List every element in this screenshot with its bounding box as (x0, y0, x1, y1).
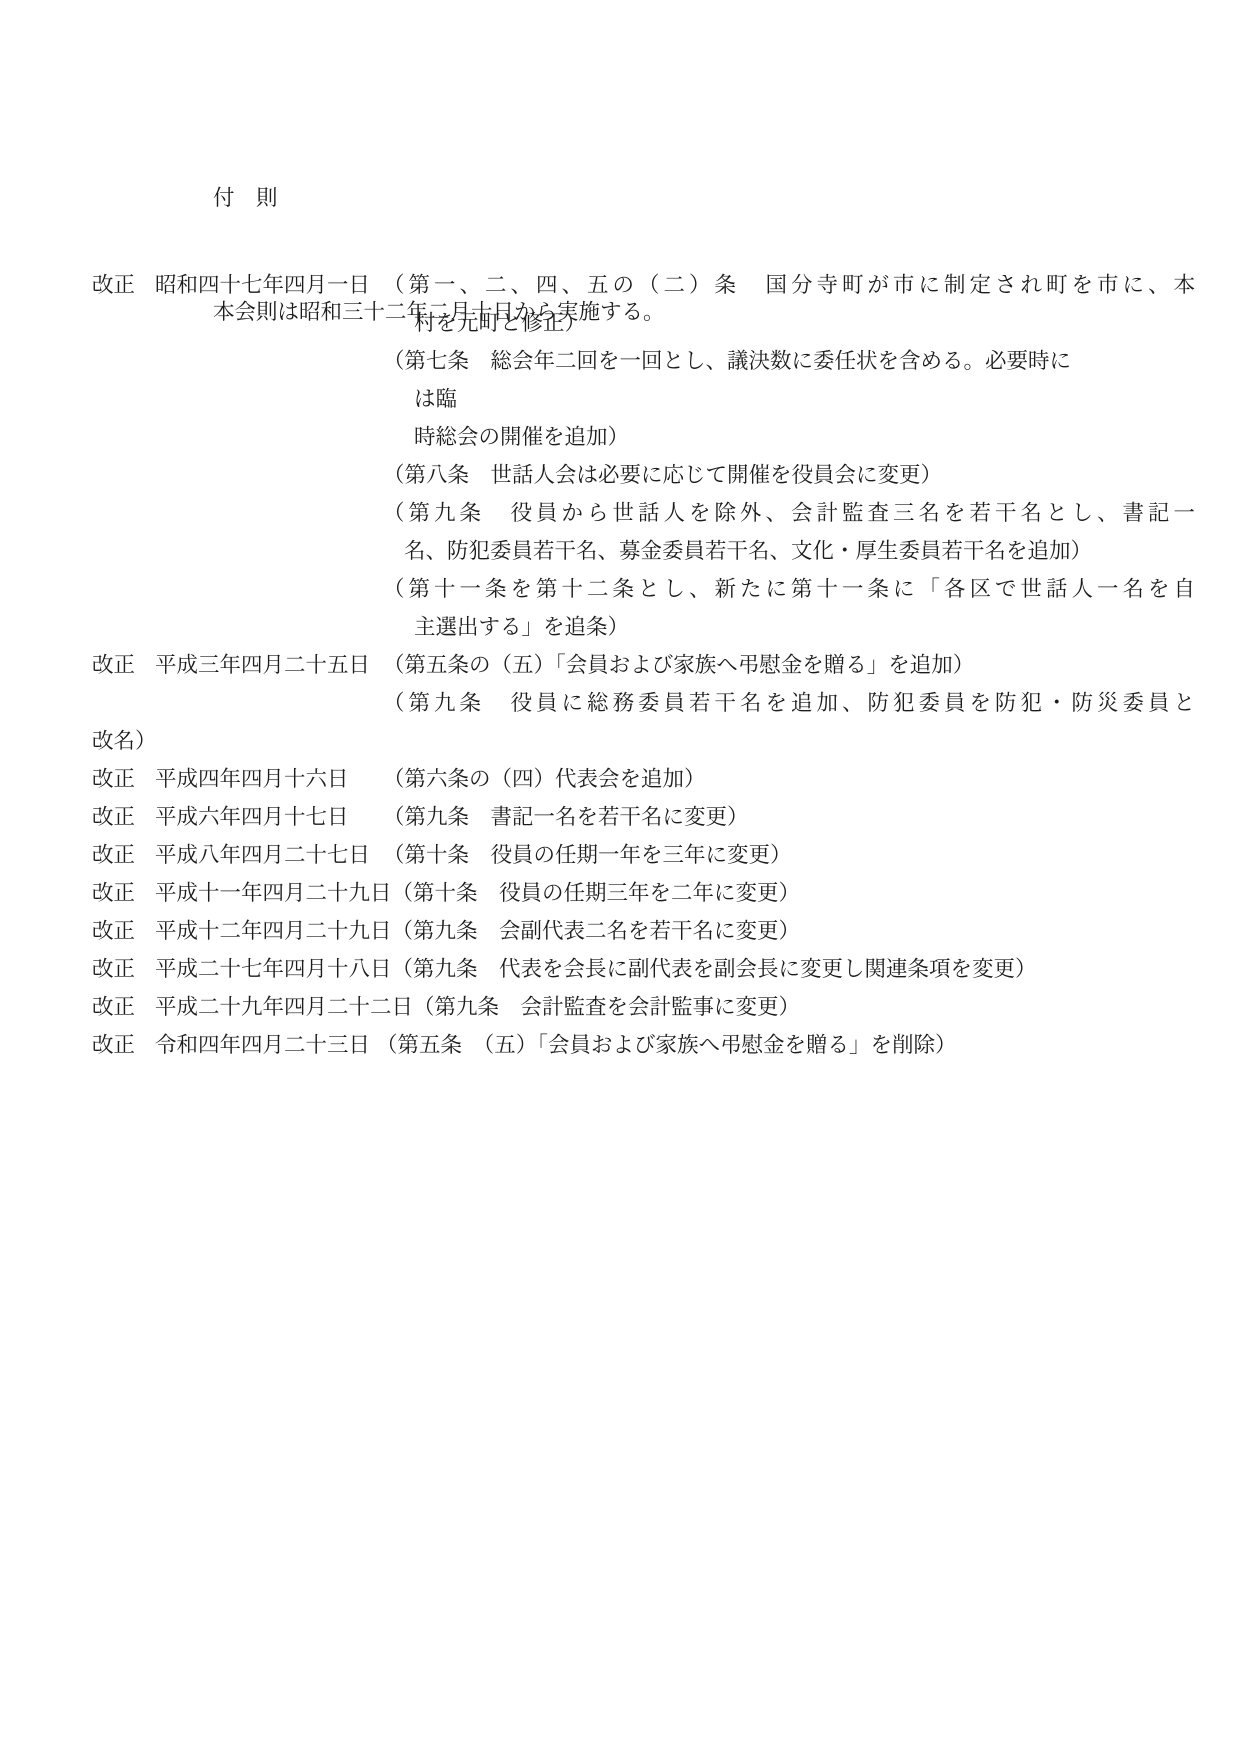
amendment-text: （第九条 役員に総務委員若干名を追加、防犯委員を防犯・防災委員と (383, 684, 1195, 722)
amendment-date: 平成六年四月十七日 (155, 798, 383, 836)
amendment-history-list: 改正 昭和四十七年四月一日 （第一、二、四、五の（二）条 国分寺町が市に制定され… (0, 266, 1240, 1064)
amendment-date: 平成十一年四月二十九日 (155, 874, 392, 912)
amendment-text: （第十一条を第十二条とし、新たに第十一条に「各区で世話人一名を自 (383, 570, 1195, 608)
amendment-label: 改正 (92, 874, 155, 912)
document-page: 付 則 本会則は昭和三十二年二月十日から実施する。 改正 昭和四十七年四月一日 … (0, 0, 1240, 1755)
amendment-text: 改名） (92, 722, 157, 760)
amendment-text: （第十条 役員の任期一年を三年に変更） (383, 836, 792, 874)
amendment-entry: 改正 平成十一年四月二十九日 （第十条 役員の任期三年を二年に変更） (0, 874, 1240, 912)
amendment-continuation: 改名） (0, 722, 1240, 760)
amendment-label: 改正 (92, 836, 155, 874)
amendment-entry: 改正 平成八年四月二十七日 （第十条 役員の任期一年を三年に変更） (0, 836, 1240, 874)
heading-text: 付 則 (213, 179, 278, 217)
amendment-entry: 改正 平成六年四月十七日 （第九条 書記一名を若干名に変更） (0, 798, 1240, 836)
amendment-label: 改正 (92, 760, 155, 798)
amendment-continuation: 時総会の開催を追加） (0, 418, 1240, 456)
amendment-text: （第九条 代表を会長に副代表を副会長に変更し関連条項を変更） (392, 950, 1037, 988)
amendment-text: （第九条 役員から世話人を除外、会計監査三名を若干名とし、書記一 (383, 494, 1195, 532)
amendment-entry: 改正 平成三年四月二十五日 （第五条の（五）「会員および家族へ弔慰金を贈る」を追… (0, 646, 1240, 684)
amendment-label: 改正 (92, 646, 155, 684)
amendment-entry: 改正 平成十二年四月二十九日 （第九条 会副代表二名を若干名に変更） (0, 912, 1240, 950)
amendment-continuation: （第十一条を第十二条とし、新たに第十一条に「各区で世話人一名を自 (0, 570, 1240, 608)
amendment-continuation: は臨 (0, 380, 1240, 418)
amendment-date: 令和四年四月二十三日 (155, 1026, 376, 1064)
amendment-label: 改正 (92, 266, 155, 304)
amendment-text: （第十条 役員の任期三年を二年に変更） (392, 874, 801, 912)
amendment-entry: 改正 平成四年四月十六日 （第六条の（四）代表会を追加） (0, 760, 1240, 798)
amendment-text: （第五条 （五）「会員および家族へ弔慰金を贈る」を削除） (376, 1026, 957, 1064)
amendment-date: 平成八年四月二十七日 (155, 836, 383, 874)
amendment-date: 平成四年四月十六日 (155, 760, 383, 798)
amendment-label: 改正 (92, 912, 155, 950)
amendment-entry: 改正 平成二十九年四月二十二日 （第九条 会計監査を会計監事に変更） (0, 988, 1240, 1026)
amendment-continuation: 名、防犯委員若干名、募金委員若干名、文化・厚生委員若干名を追加） (0, 532, 1240, 570)
amendment-continuation: （第九条 役員に総務委員若干名を追加、防犯委員を防犯・防災委員と (0, 684, 1240, 722)
amendment-text: （第五条の（五）「会員および家族へ弔慰金を贈る」を追加） (383, 646, 974, 684)
amendment-text: （第九条 会計監査を会計監事に変更） (413, 988, 800, 1026)
amendment-date: 平成二十七年四月十八日 (155, 950, 392, 988)
amendment-continuation: （第九条 役員から世話人を除外、会計監査三名を若干名とし、書記一 (0, 494, 1240, 532)
amendment-text: （第九条 会副代表二名を若干名に変更） (392, 912, 801, 950)
amendment-text: （第八条 世話人会は必要に応じて開催を役員会に変更） (383, 456, 942, 494)
amendment-label: 改正 (92, 798, 155, 836)
amendment-continuation: （第七条 総会年二回を一回とし、議決数に委任状を含める。必要時に (0, 342, 1240, 380)
amendment-text: 時総会の開催を追加） (414, 418, 629, 456)
amendment-date: 昭和四十七年四月一日 (155, 266, 383, 304)
amendment-date: 平成十二年四月二十九日 (155, 912, 392, 950)
amendment-text: 村を元町と修正） (414, 304, 586, 342)
amendment-continuation: 主選出する」を追条） (0, 608, 1240, 646)
supplementary-provisions-heading: 付 則 (213, 179, 665, 217)
amendment-text: （第一、二、四、五の（二）条 国分寺町が市に制定され町を市に、本 (383, 266, 1195, 304)
amendment-text: （第六条の（四）代表会を追加） (383, 760, 706, 798)
amendment-entry: 改正 令和四年四月二十三日 （第五条 （五）「会員および家族へ弔慰金を贈る」を削… (0, 1026, 1240, 1064)
amendment-text: （第七条 総会年二回を一回とし、議決数に委任状を含める。必要時に (383, 342, 1071, 380)
amendment-text: 名、防犯委員若干名、募金委員若干名、文化・厚生委員若干名を追加） (404, 532, 1092, 570)
amendment-date: 平成三年四月二十五日 (155, 646, 383, 684)
amendment-date: 平成二十九年四月二十二日 (155, 988, 413, 1026)
amendment-text: は臨 (414, 380, 457, 418)
amendment-label: 改正 (92, 1026, 155, 1064)
amendment-entry: 改正 昭和四十七年四月一日 （第一、二、四、五の（二）条 国分寺町が市に制定され… (0, 266, 1240, 304)
amendment-label: 改正 (92, 988, 155, 1026)
amendment-text: （第九条 書記一名を若干名に変更） (383, 798, 749, 836)
amendment-continuation: 村を元町と修正） (0, 304, 1240, 342)
amendment-text: 主選出する」を追条） (414, 608, 629, 646)
amendment-label: 改正 (92, 950, 155, 988)
amendment-continuation: （第八条 世話人会は必要に応じて開催を役員会に変更） (0, 456, 1240, 494)
amendment-entry: 改正 平成二十七年四月十八日 （第九条 代表を会長に副代表を副会長に変更し関連条… (0, 950, 1240, 988)
